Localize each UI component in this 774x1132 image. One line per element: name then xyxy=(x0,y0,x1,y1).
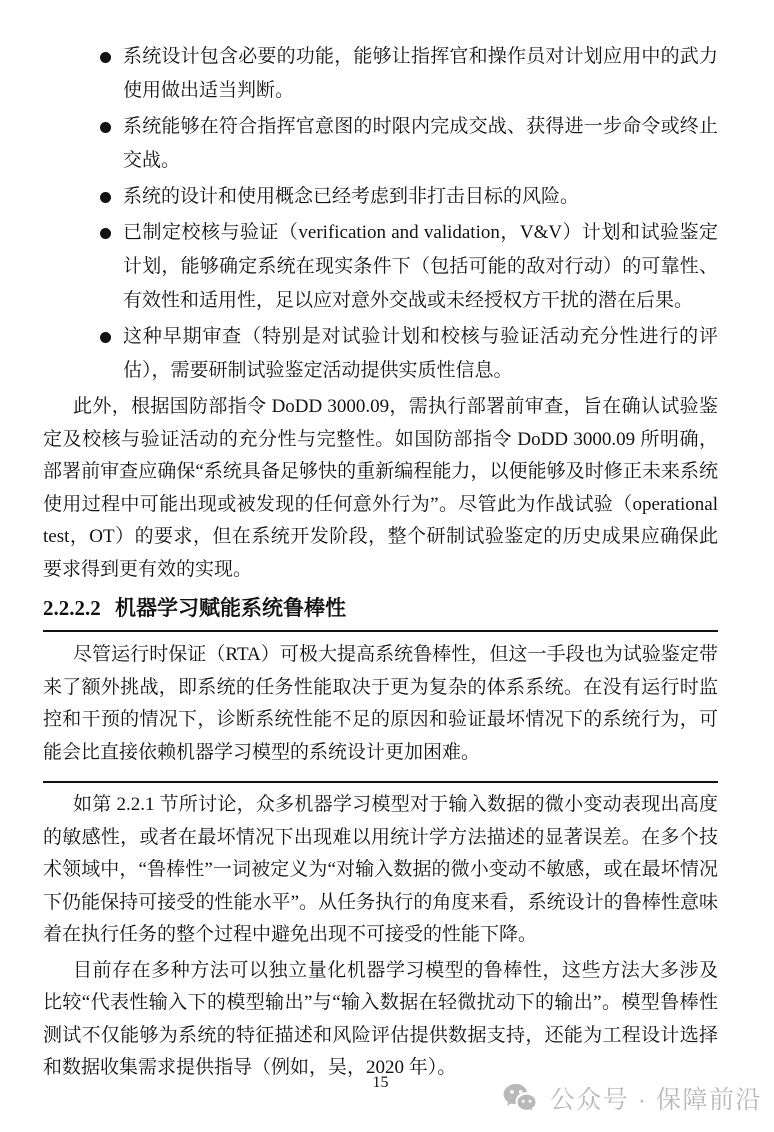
list-item-text: 系统的设计和使用概念已经考虑到非打击目标的风险。 xyxy=(123,186,579,207)
paragraph-rta-challenges: 尽管运行时保证（RTA）可极大提高系统鲁棒性，但这一手段也为试验鉴定带来了额外挑… xyxy=(43,635,718,783)
bullet-icon xyxy=(100,228,111,239)
list-item: 已制定校核与验证（verification and validation，V&V… xyxy=(43,216,718,318)
watermark-text: 公众号 · 保障前沿 xyxy=(550,1080,762,1116)
list-item: 系统能够在符合指挥官意图的时限内完成交战、获得进一步命令或终止交战。 xyxy=(43,110,718,178)
section-heading: 2.2.2.2 机器学习赋能系统鲁棒性 xyxy=(43,594,718,632)
list-item-text: 这种早期审查（特别是对试验计划和校核与验证活动充分性进行的评估），需要研制试验鉴… xyxy=(123,326,718,381)
bullet-icon xyxy=(100,122,111,133)
watermark: 公众号 · 保障前沿 xyxy=(503,1080,762,1116)
bullet-list: 系统设计包含必要的功能，能够让指挥官和操作员对计划应用中的武力使用做出适当判断。… xyxy=(43,40,718,388)
document-page: 系统设计包含必要的功能，能够让指挥官和操作员对计划应用中的武力使用做出适当判断。… xyxy=(0,0,774,1132)
paragraph-robustness-definition: 如第 2.2.1 节所讨论，众多机器学习模型对于输入数据的微小变动表现出高度的敏… xyxy=(43,789,718,952)
list-item-text: 系统能够在符合指挥官意图的时限内完成交战、获得进一步命令或终止交战。 xyxy=(123,116,718,171)
paragraph-predeployment-review: 此外，根据国防部指令 DoDD 3000.09，需执行部署前审查，旨在确认试验鉴… xyxy=(43,391,718,586)
bullet-icon xyxy=(100,192,111,203)
list-item-text: 已制定校核与验证（verification and validation，V&V… xyxy=(123,222,718,311)
list-item-text: 系统设计包含必要的功能，能够让指挥官和操作员对计划应用中的武力使用做出适当判断。 xyxy=(123,46,718,101)
section-number: 2.2.2.2 xyxy=(43,596,101,620)
page-content: 系统设计包含必要的功能，能够让指挥官和操作员对计划应用中的武力使用做出适当判断。… xyxy=(43,40,718,1085)
section-title: 机器学习赋能系统鲁棒性 xyxy=(115,596,346,620)
list-item: 系统的设计和使用概念已经考虑到非打击目标的风险。 xyxy=(43,180,718,214)
bullet-icon xyxy=(100,52,111,63)
paragraph-quantification-methods: 目前存在多种方法可以独立量化机器学习模型的鲁棒性，这些方法大多涉及比较“代表性输… xyxy=(43,955,718,1085)
list-item: 这种早期审查（特别是对试验计划和校核与验证活动充分性进行的评估），需要研制试验鉴… xyxy=(43,320,718,388)
wechat-icon xyxy=(503,1083,541,1114)
list-item: 系统设计包含必要的功能，能够让指挥官和操作员对计划应用中的武力使用做出适当判断。 xyxy=(43,40,718,108)
bullet-icon xyxy=(100,332,111,343)
